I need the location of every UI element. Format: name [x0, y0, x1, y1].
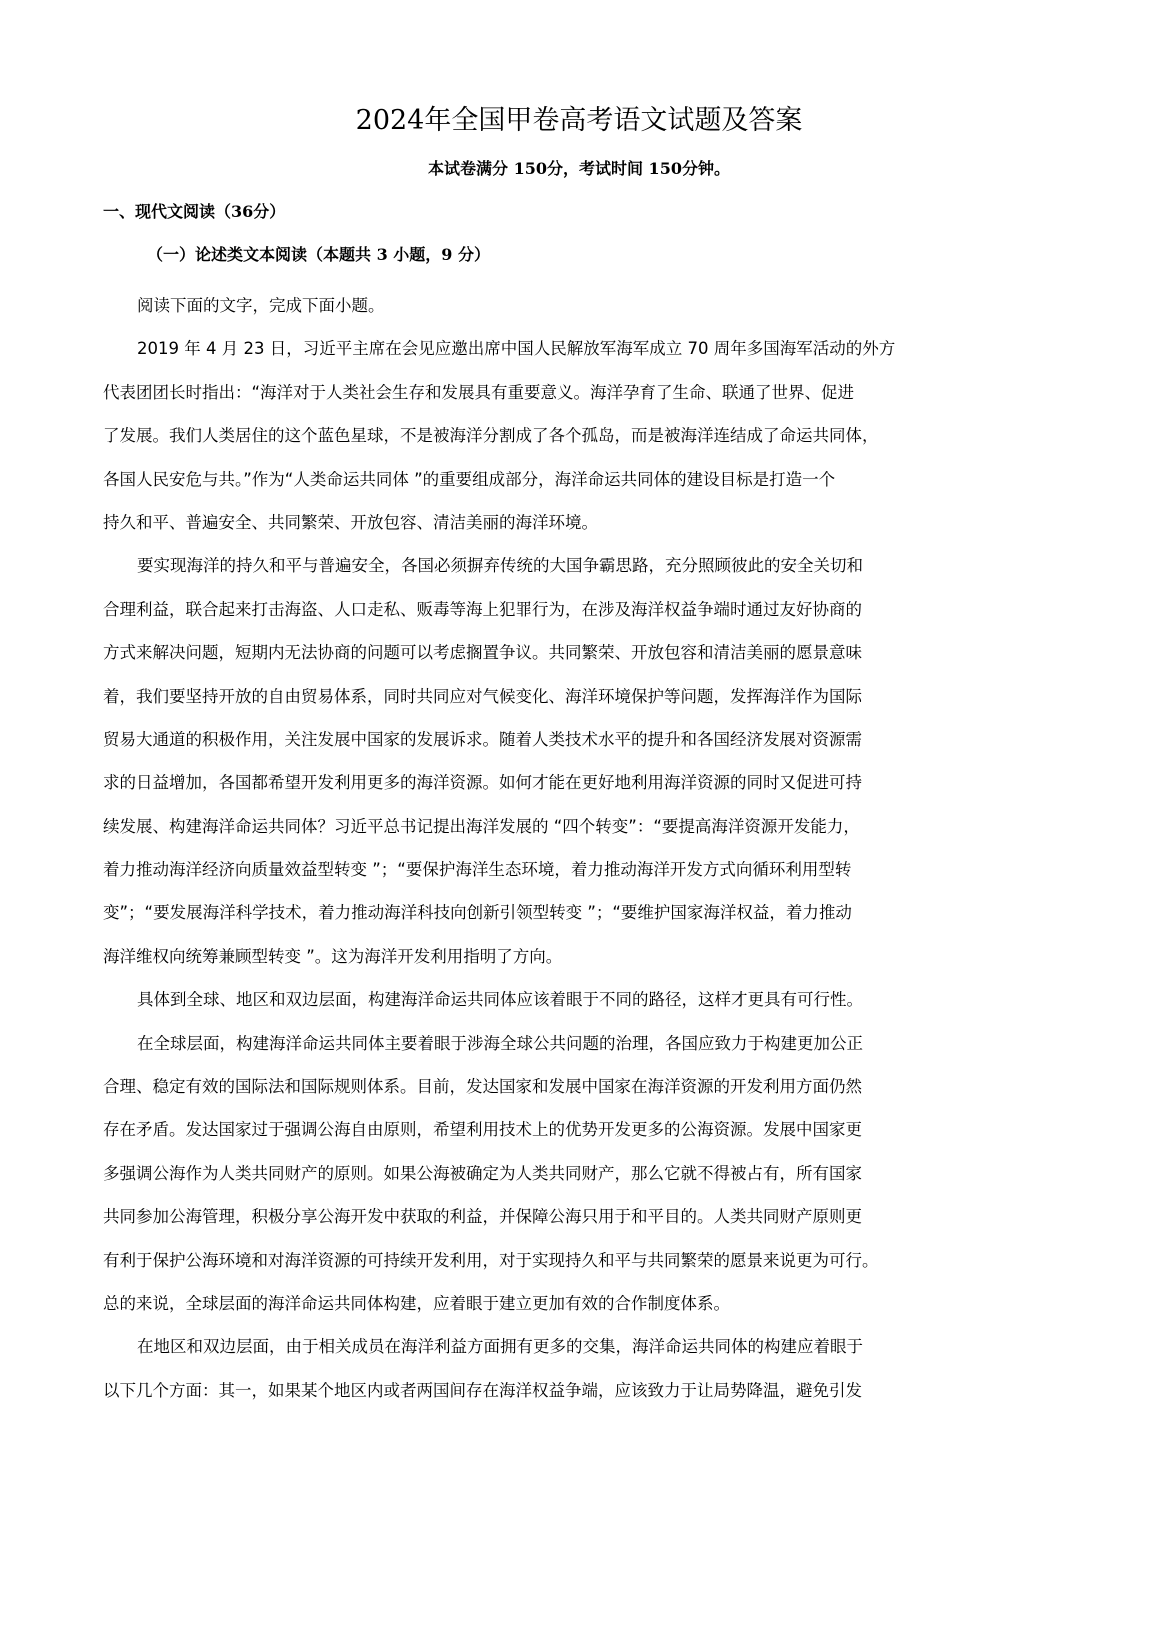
text-line: 代表团团长时指出：“海洋对于人类社会生存和发展具有重要意义。海洋孕育了生命、联通… [103, 371, 1008, 414]
text-line: 阅读下面的文字，完成下面小题。 [103, 284, 1008, 327]
text-line: 2019 年 4 月 23 日，习近平主席在会见应邀出席中国人民解放军海军成立 … [103, 327, 1008, 370]
exam-info: 本试卷满分 150分，考试时间 150分钟。 [0, 156, 1158, 179]
text-line: 在全球层面，构建海洋命运共同体主要着眼于涉海全球公共问题的治理，各国应致力于构建… [103, 1022, 1008, 1065]
text-line: 续发展、构建海洋命运共同体？习近平总书记提出海洋发展的 “四个转变”：“要提高海… [103, 805, 1008, 848]
document-title: 2024年全国甲卷高考语文试题及答案 [0, 98, 1158, 137]
text-line: 以下几个方面：其一，如果某个地区内或者两国间存在海洋权益争端，应该致力于让局势降… [103, 1369, 1008, 1412]
body-text: 阅读下面的文字，完成下面小题。2019 年 4 月 23 日，习近平主席在会见应… [103, 284, 1008, 1412]
text-line: 合理利益，联合起来打击海盗、人口走私、贩毒等海上犯罪行为，在涉及海洋权益争端时通… [103, 588, 1008, 631]
text-line: 存在矛盾。发达国家过于强调公海自由原则，希望利用技术上的优势开发更多的公海资源。… [103, 1108, 1008, 1151]
section-heading: 一、现代文阅读（36分） [103, 199, 285, 222]
text-line: 海洋维权向统筹兼顾型转变 ”。这为海洋开发利用指明了方向。 [103, 935, 1008, 978]
text-line: 总的来说，全球层面的海洋命运共同体构建，应着眼于建立更加有效的合作制度体系。 [103, 1282, 1008, 1325]
text-line: 求的日益增加，各国都希望开发利用更多的海洋资源。如何才能在更好地利用海洋资源的同… [103, 761, 1008, 804]
text-line: 合理、稳定有效的国际法和国际规则体系。目前，发达国家和发展中国家在海洋资源的开发… [103, 1065, 1008, 1108]
text-line: 各国人民安危与共。”作为“人类命运共同体 ”的重要组成部分，海洋命运共同体的建设… [103, 458, 1008, 501]
text-line: 具体到全球、地区和双边层面，构建海洋命运共同体应该着眼于不同的路径，这样才更具有… [103, 978, 1008, 1021]
subsection-heading: （一）论述类文本阅读（本题共 3 小题，9 分） [147, 242, 490, 265]
text-line: 在地区和双边层面，由于相关成员在海洋利益方面拥有更多的交集，海洋命运共同体的构建… [103, 1325, 1008, 1368]
text-line: 要实现海洋的持久和平与普遍安全，各国必须摒弃传统的大国争霸思路，充分照顾彼此的安… [103, 544, 1008, 587]
text-line: 了发展。我们人类居住的这个蓝色星球，不是被海洋分割成了各个孤岛，而是被海洋连结成… [103, 414, 1008, 457]
text-line: 着，我们要坚持开放的自由贸易体系，同时共同应对气候变化、海洋环境保护等问题，发挥… [103, 675, 1008, 718]
text-line: 贸易大通道的积极作用，关注发展中国家的发展诉求。随着人类技术水平的提升和各国经济… [103, 718, 1008, 761]
text-line: 有利于保护公海环境和对海洋资源的可持续开发利用，对于实现持久和平与共同繁荣的愿景… [103, 1239, 1008, 1282]
document-page: 2024年全国甲卷高考语文试题及答案 本试卷满分 150分，考试时间 150分钟… [0, 0, 1158, 1638]
text-line: 变”；“要发展海洋科学技术，着力推动海洋科技向创新引领型转变 ”；“要维护国家海… [103, 891, 1008, 934]
text-line: 方式来解决问题，短期内无法协商的问题可以考虑搁置争议。共同繁荣、开放包容和清洁美… [103, 631, 1008, 674]
text-line: 共同参加公海管理，积极分享公海开发中获取的利益，并保障公海只用于和平目的。人类共… [103, 1195, 1008, 1238]
text-line: 着力推动海洋经济向质量效益型转变 ”；“要保护海洋生态环境，着力推动海洋开发方式… [103, 848, 1008, 891]
text-line: 持久和平、普遍安全、共同繁荣、开放包容、清洁美丽的海洋环境。 [103, 501, 1008, 544]
text-line: 多强调公海作为人类共同财产的原则。如果公海被确定为人类共同财产，那么它就不得被占… [103, 1152, 1008, 1195]
